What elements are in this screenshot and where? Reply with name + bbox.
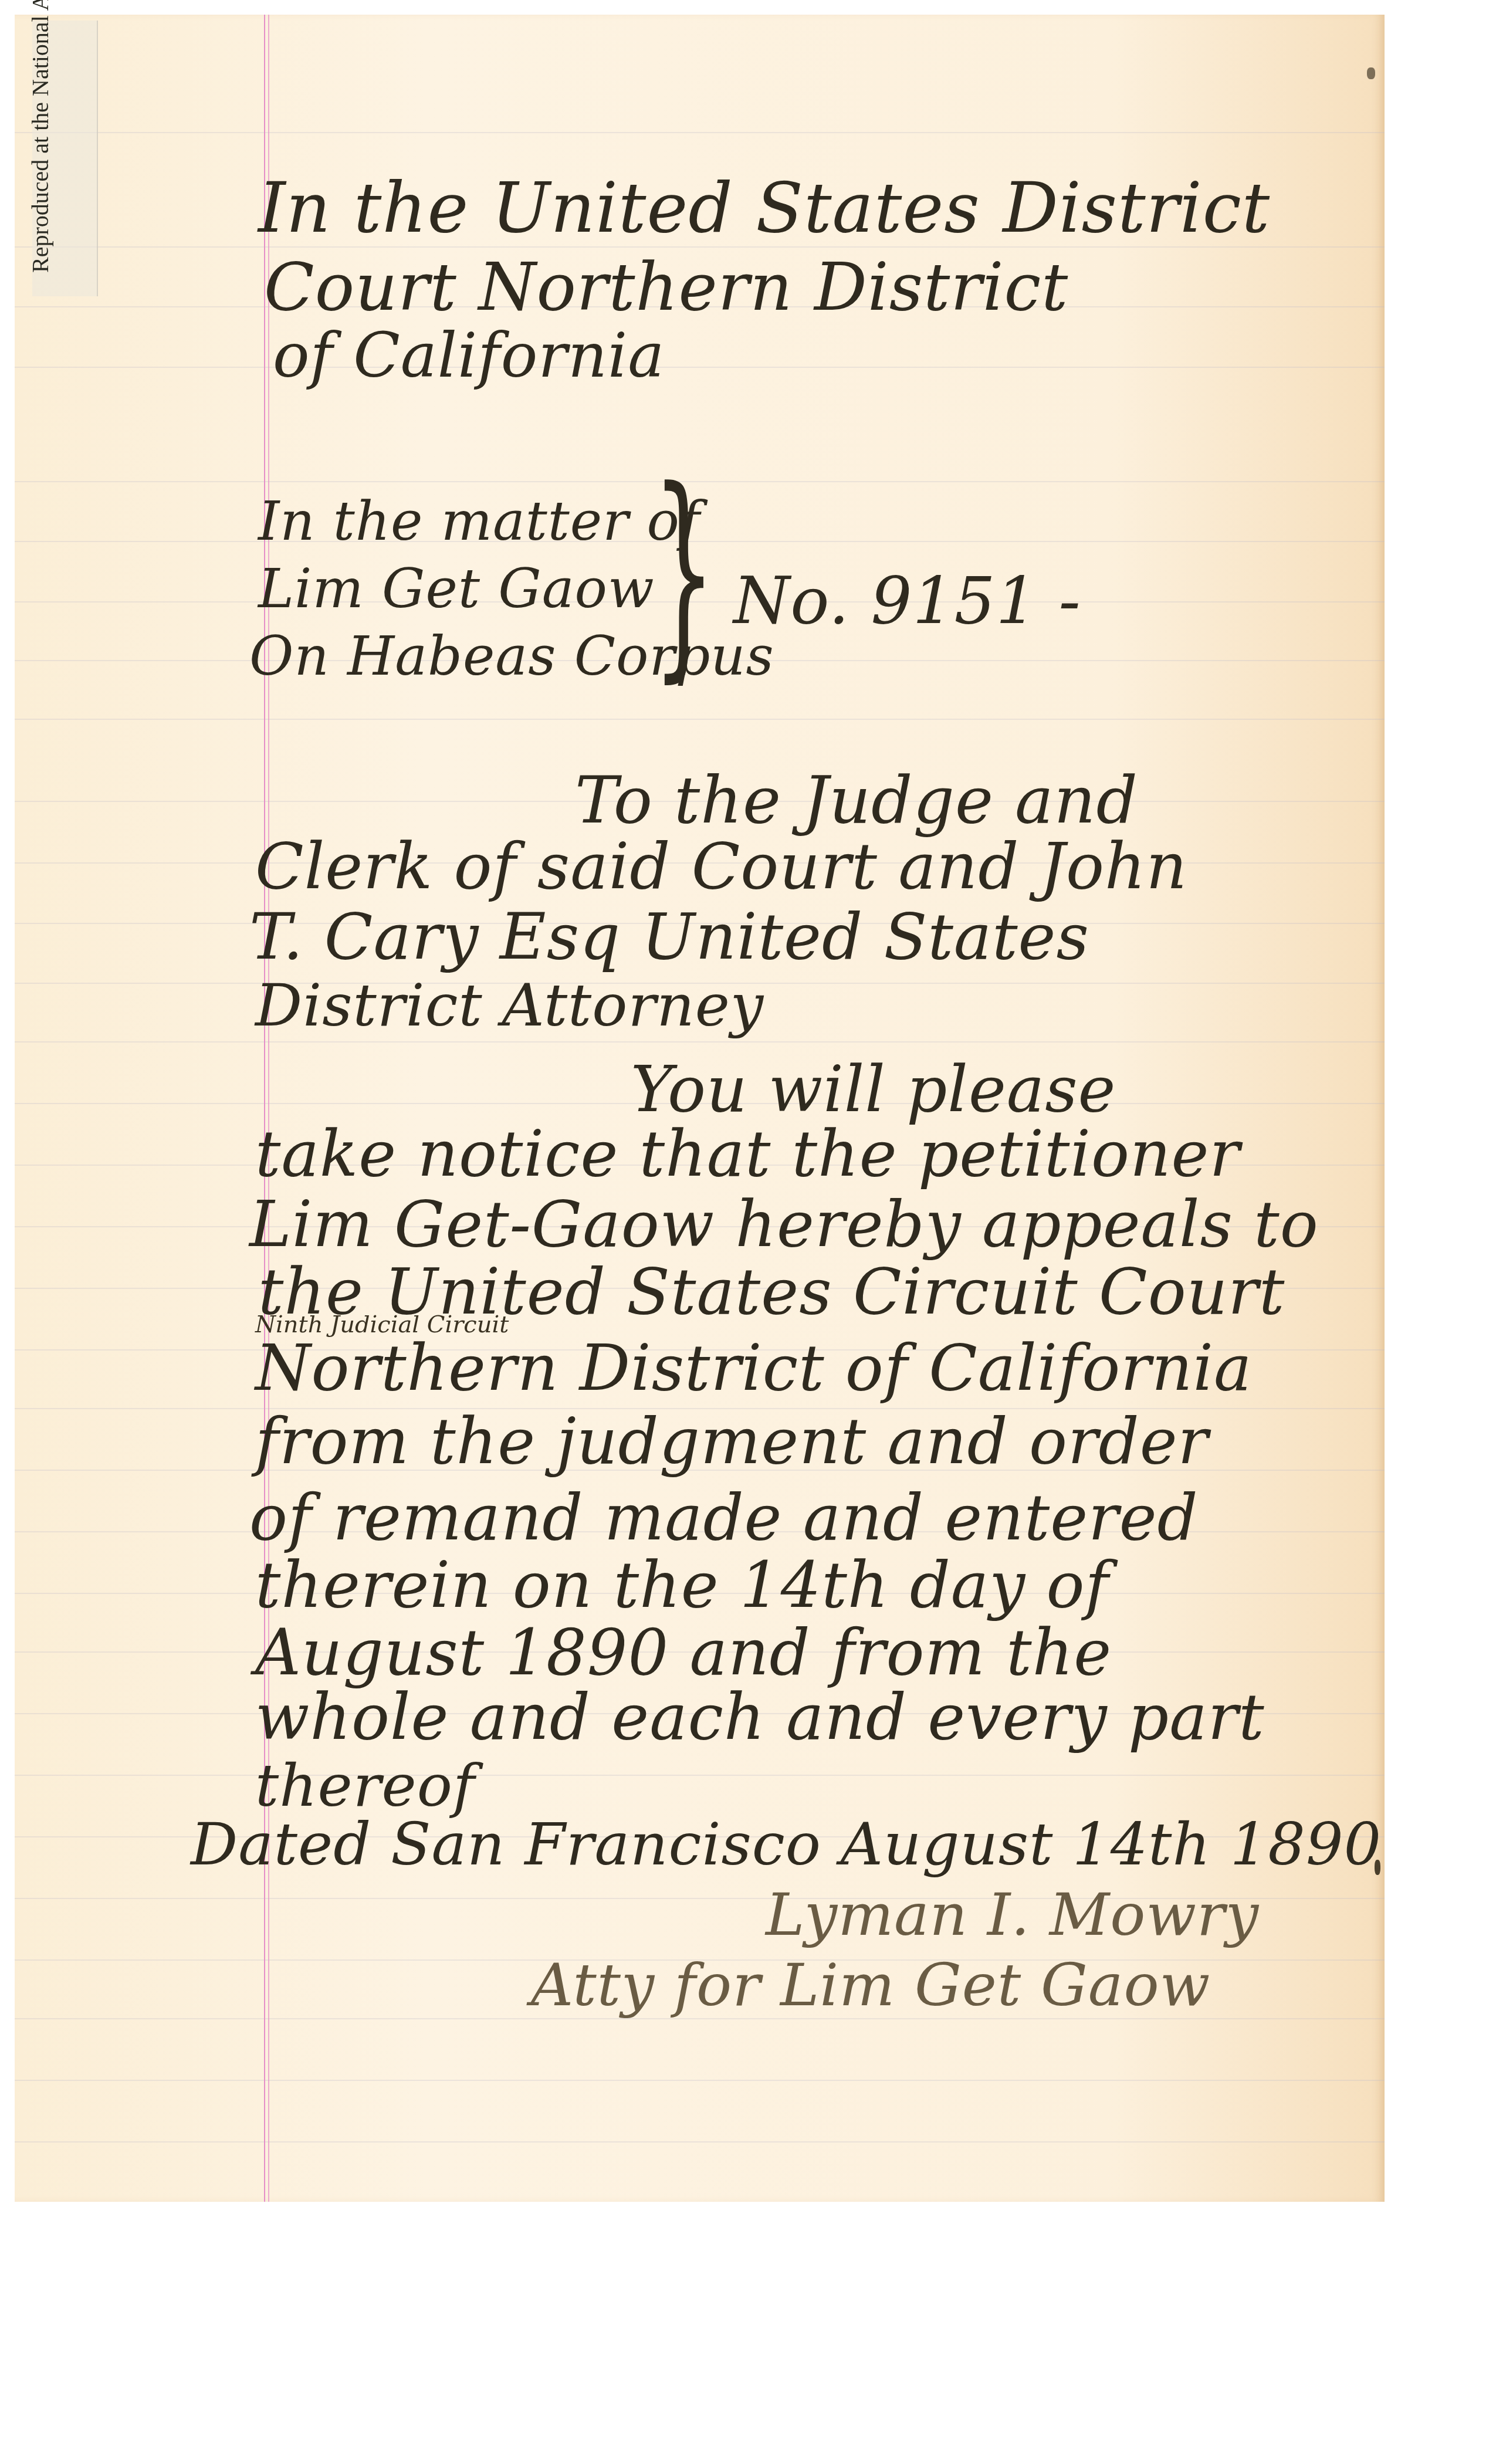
court-heading-line-3: of California xyxy=(273,320,665,391)
addressee-line-3: T. Cary Esq United States xyxy=(249,901,1089,974)
addressee-line-4: District Attorney xyxy=(255,971,764,1040)
ruled-line xyxy=(15,132,1385,133)
ruled-line xyxy=(15,1041,1385,1043)
body-line-5: Northern District of California xyxy=(255,1332,1252,1405)
body-line-8: therein on the 14th day of xyxy=(255,1549,1109,1622)
body-line-9: August 1890 and from the xyxy=(255,1616,1112,1690)
ruled-line xyxy=(15,2080,1385,2081)
signature-name: Lyman I. Mowry xyxy=(766,1880,1259,1949)
court-heading-line-2: Court Northern District xyxy=(264,249,1068,326)
addressee-line-1: To the Judge and xyxy=(575,763,1138,838)
body-line-10: whole and each and every part xyxy=(255,1681,1265,1754)
body-line-2: take notice that the petitioner xyxy=(255,1118,1240,1191)
caption-line-1: In the matter of xyxy=(258,490,700,553)
dateline: Dated San Francisco August 14th 1890 xyxy=(191,1810,1382,1879)
ruled-line xyxy=(15,367,1385,368)
signature-role: Atty for Lim Get Gaow xyxy=(531,1951,1210,2019)
body-line-3: Lim Get-Gaow hereby appeals to xyxy=(249,1188,1319,1261)
court-heading-line-1: In the United States District xyxy=(258,167,1270,248)
case-number: No. 9151 - xyxy=(733,563,1081,638)
addressee-line-2: Clerk of said Court and John xyxy=(255,830,1187,903)
caption-brace: } xyxy=(652,461,716,683)
body-line-1: You will please xyxy=(631,1053,1116,1126)
body-line-6: from the judgment and order xyxy=(255,1405,1209,1478)
ruled-line xyxy=(15,719,1385,720)
ink-spot xyxy=(1367,67,1375,79)
caption-line-2: Lim Get Gaow xyxy=(258,557,655,620)
body-line-7: of remand made and entered xyxy=(249,1481,1199,1555)
ruled-line xyxy=(15,2141,1385,2143)
archive-stamp: Reproduced at the National Archives at S… xyxy=(26,0,54,273)
document-page: Reproduced at the National Archives at S… xyxy=(15,15,1385,2202)
ruled-line xyxy=(15,1775,1385,1776)
